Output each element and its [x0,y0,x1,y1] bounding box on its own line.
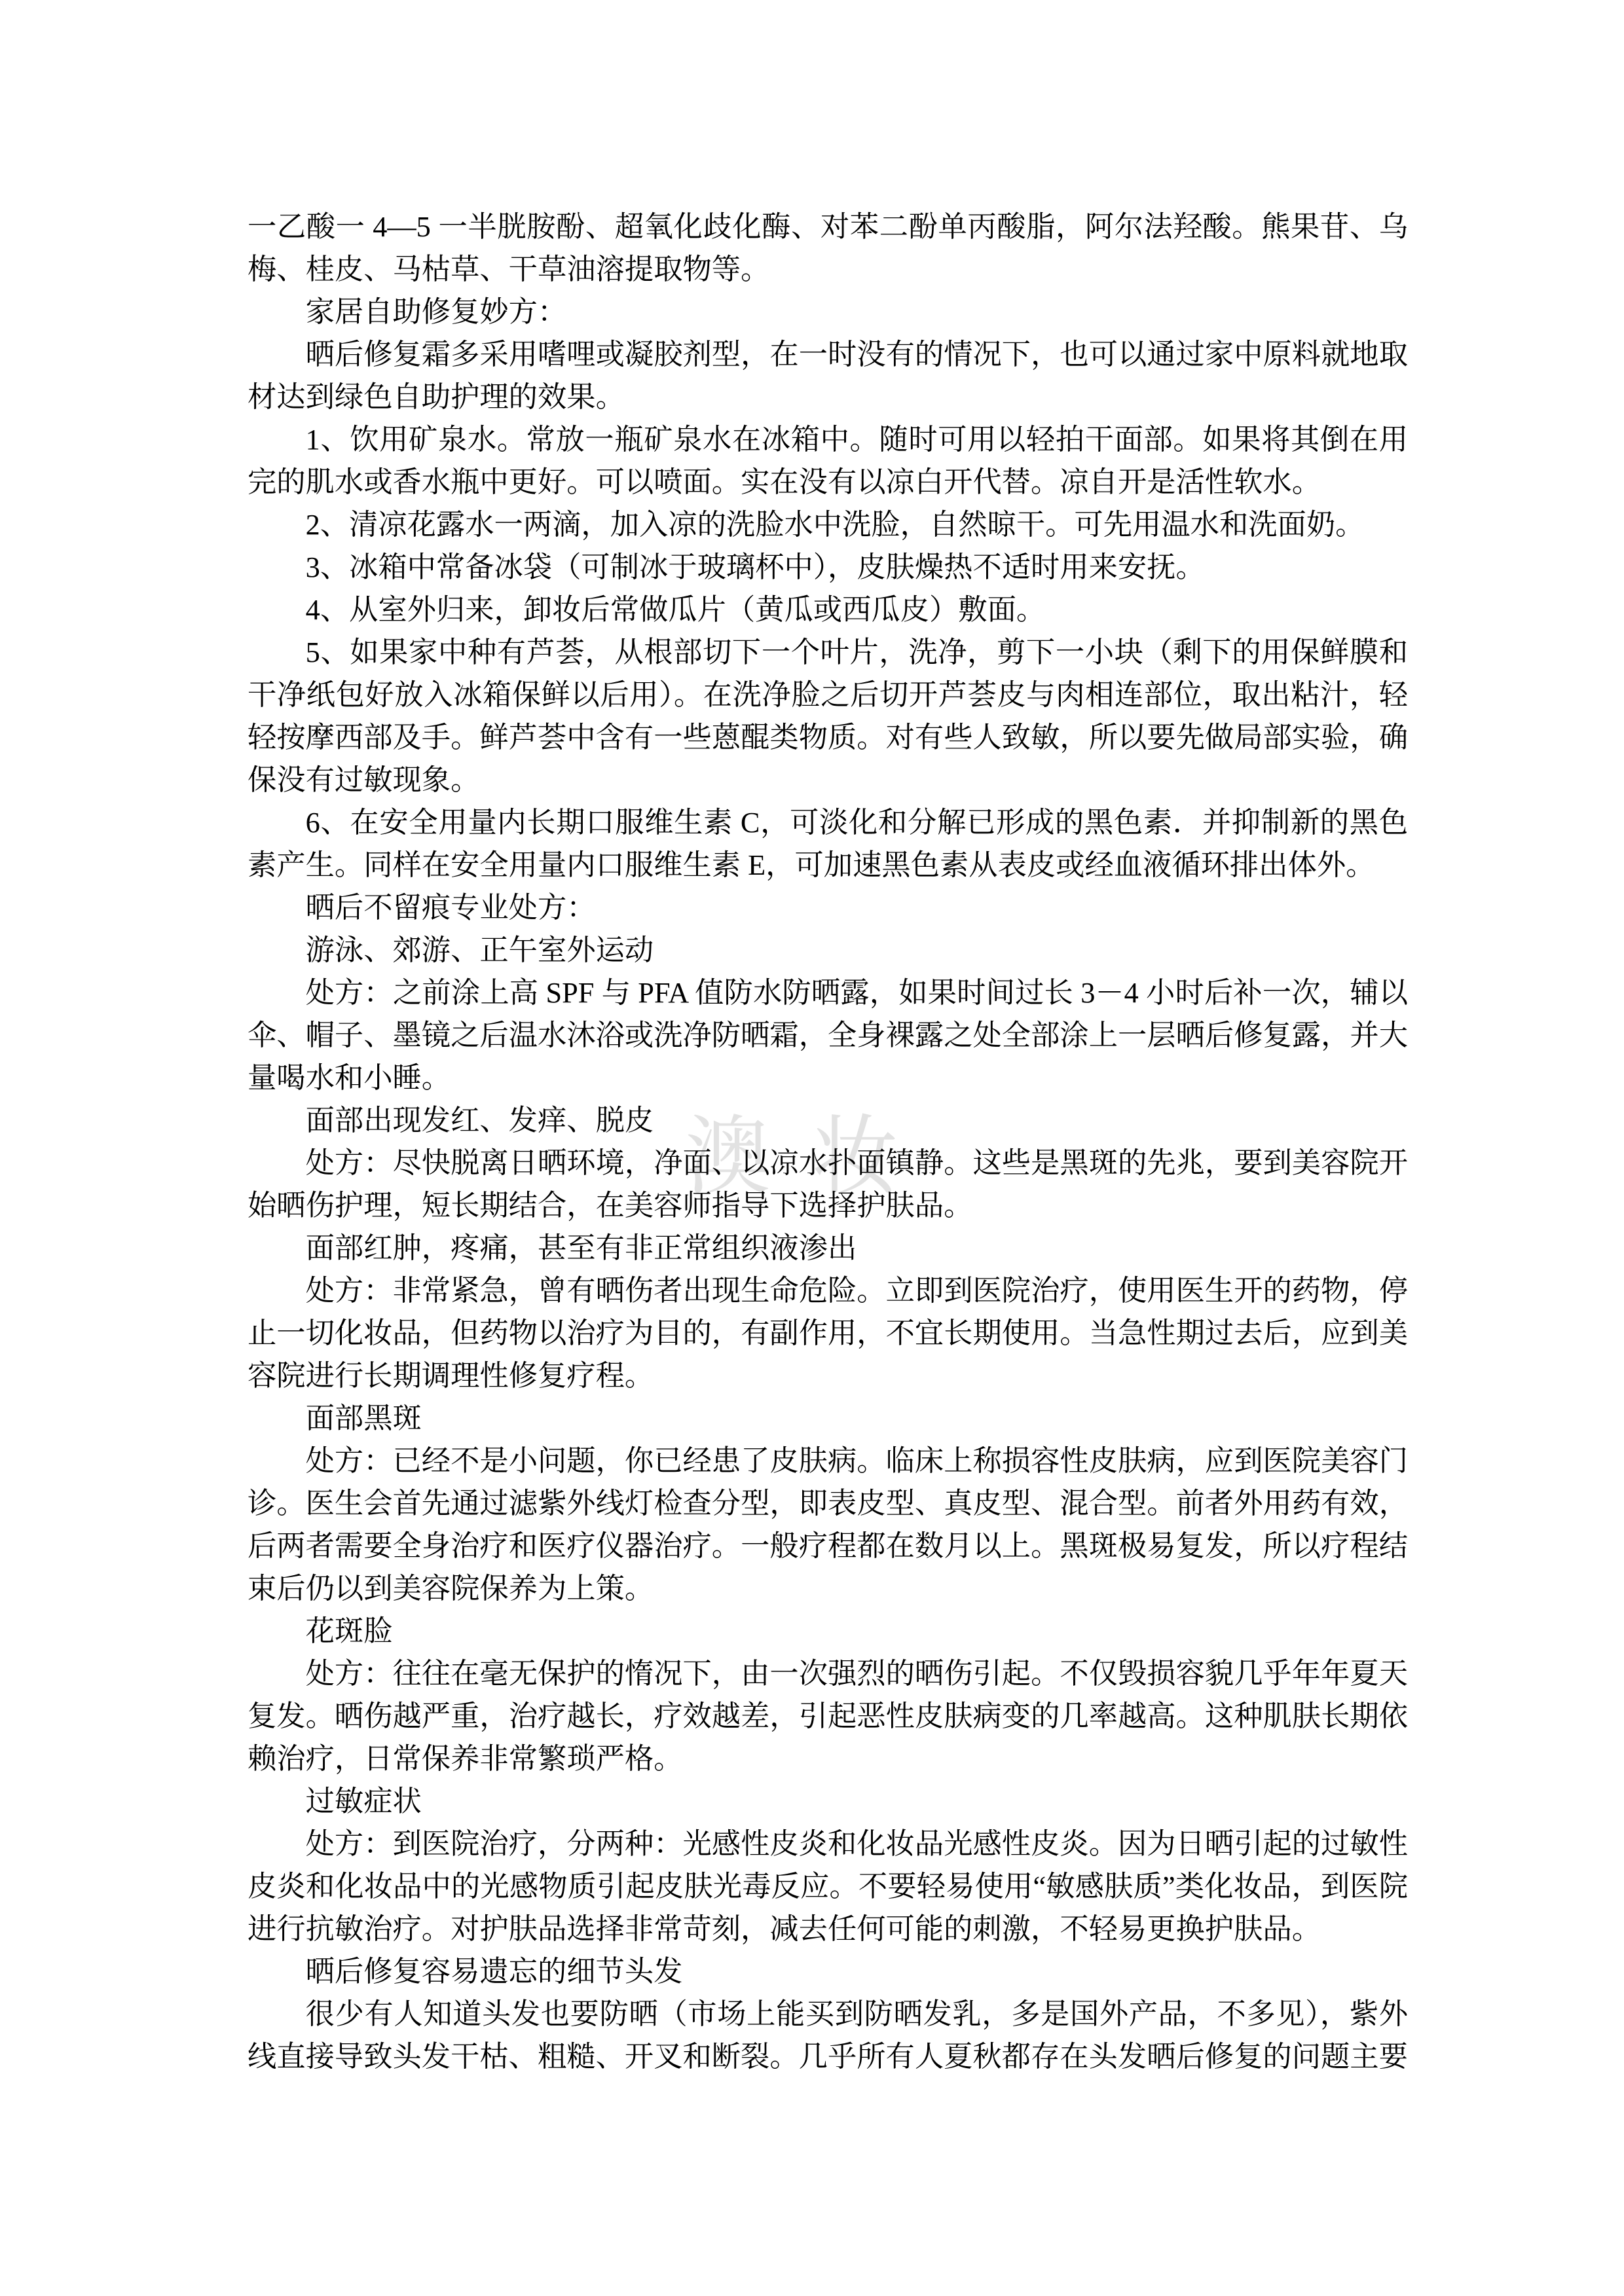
paragraph: 面部红肿，疼痛，甚至有非正常组织液渗出 [248,1227,1408,1269]
paragraph: 处方：之前涂上高 SPF 与 PFA 值防水防晒露，如果时间过长 3－4 小时后… [248,972,1408,1099]
paragraph: 处方：已经不是小问题，你已经患了皮肤病。临床上称损容性皮肤病，应到医院美容门诊。… [248,1440,1408,1610]
paragraph: 晒后不留痕专业处方： [248,886,1408,929]
paragraph: 晒后修复霜多采用嗜哩或凝胶剂型，在一时没有的情况下，也可以通过家中原料就地取材达… [248,333,1408,418]
paragraph: 游泳、郊游、正午室外运动 [248,929,1408,972]
paragraph: 面部黑斑 [248,1397,1408,1440]
paragraph: 处方：尽快脱离日晒环境，净面、以凉水扑面镇静。这些是黑斑的先兆，要到美容院开始晒… [248,1142,1408,1227]
paragraph: 2、清凉花露水一两滴，加入凉的洗脸水中洗脸，自然晾干。可先用温水和洗面奶。 [248,503,1408,546]
paragraph: 处方：到医院治疗，分两种：光感性皮炎和化妆品光感性皮炎。因为日晒引起的过敏性皮炎… [248,1823,1408,1950]
paragraph: 晒后修复容易遗忘的细节头发 [248,1950,1408,1993]
paragraph: 过敏症状 [248,1780,1408,1823]
paragraph: 3、冰箱中常备冰袋（可制冰于玻璃杯中），皮肤燥热不适时用来安抚。 [248,546,1408,589]
paragraph: 处方：往往在毫无保护的惰况下，由一次强烈的晒伤引起。不仅毁损容貌几乎年年夏天复发… [248,1652,1408,1780]
paragraph: 面部出现发红、发痒、脱皮 [248,1099,1408,1142]
paragraph: 5、如果家中种有芦荟，从根部切下一个叶片，洗净，剪下一小块（剩下的用保鲜膜和干净… [248,631,1408,801]
document-body: 一乙酸一 4—5 一半胱胺酚、超氧化歧化酶、对苯二酚单丙酸脂，阿尔法羟酸。熊果苷… [248,206,1408,2078]
paragraph: 家居自助修复妙方： [248,291,1408,333]
document-page: 澳妆 一乙酸一 4—5 一半胱胺酚、超氧化歧化酶、对苯二酚单丙酸脂，阿尔法羟酸。… [0,0,1624,2296]
paragraph: 4、从室外归来，卸妆后常做瓜片（黄瓜或西瓜皮）敷面。 [248,589,1408,631]
paragraph: 1、饮用矿泉水。常放一瓶矿泉水在冰箱中。随时可用以轻拍干面部。如果将其倒在用完的… [248,418,1408,503]
paragraph: 6、在安全用量内长期口服维生素 C，可淡化和分解已形成的黑色素．并抑制新的黑色素… [248,801,1408,886]
paragraph: 花斑脸 [248,1610,1408,1652]
paragraph: 处方：非常紧急，曾有晒伤者出现生命危险。立即到医院治疗，使用医生开的药物，停止一… [248,1269,1408,1397]
paragraph: 一乙酸一 4—5 一半胱胺酚、超氧化歧化酶、对苯二酚单丙酸脂，阿尔法羟酸。熊果苷… [248,206,1408,291]
paragraph: 很少有人知道头发也要防晒（市场上能买到防晒发乳，多是国外产品，不多见），紫外线直… [248,1993,1408,2078]
